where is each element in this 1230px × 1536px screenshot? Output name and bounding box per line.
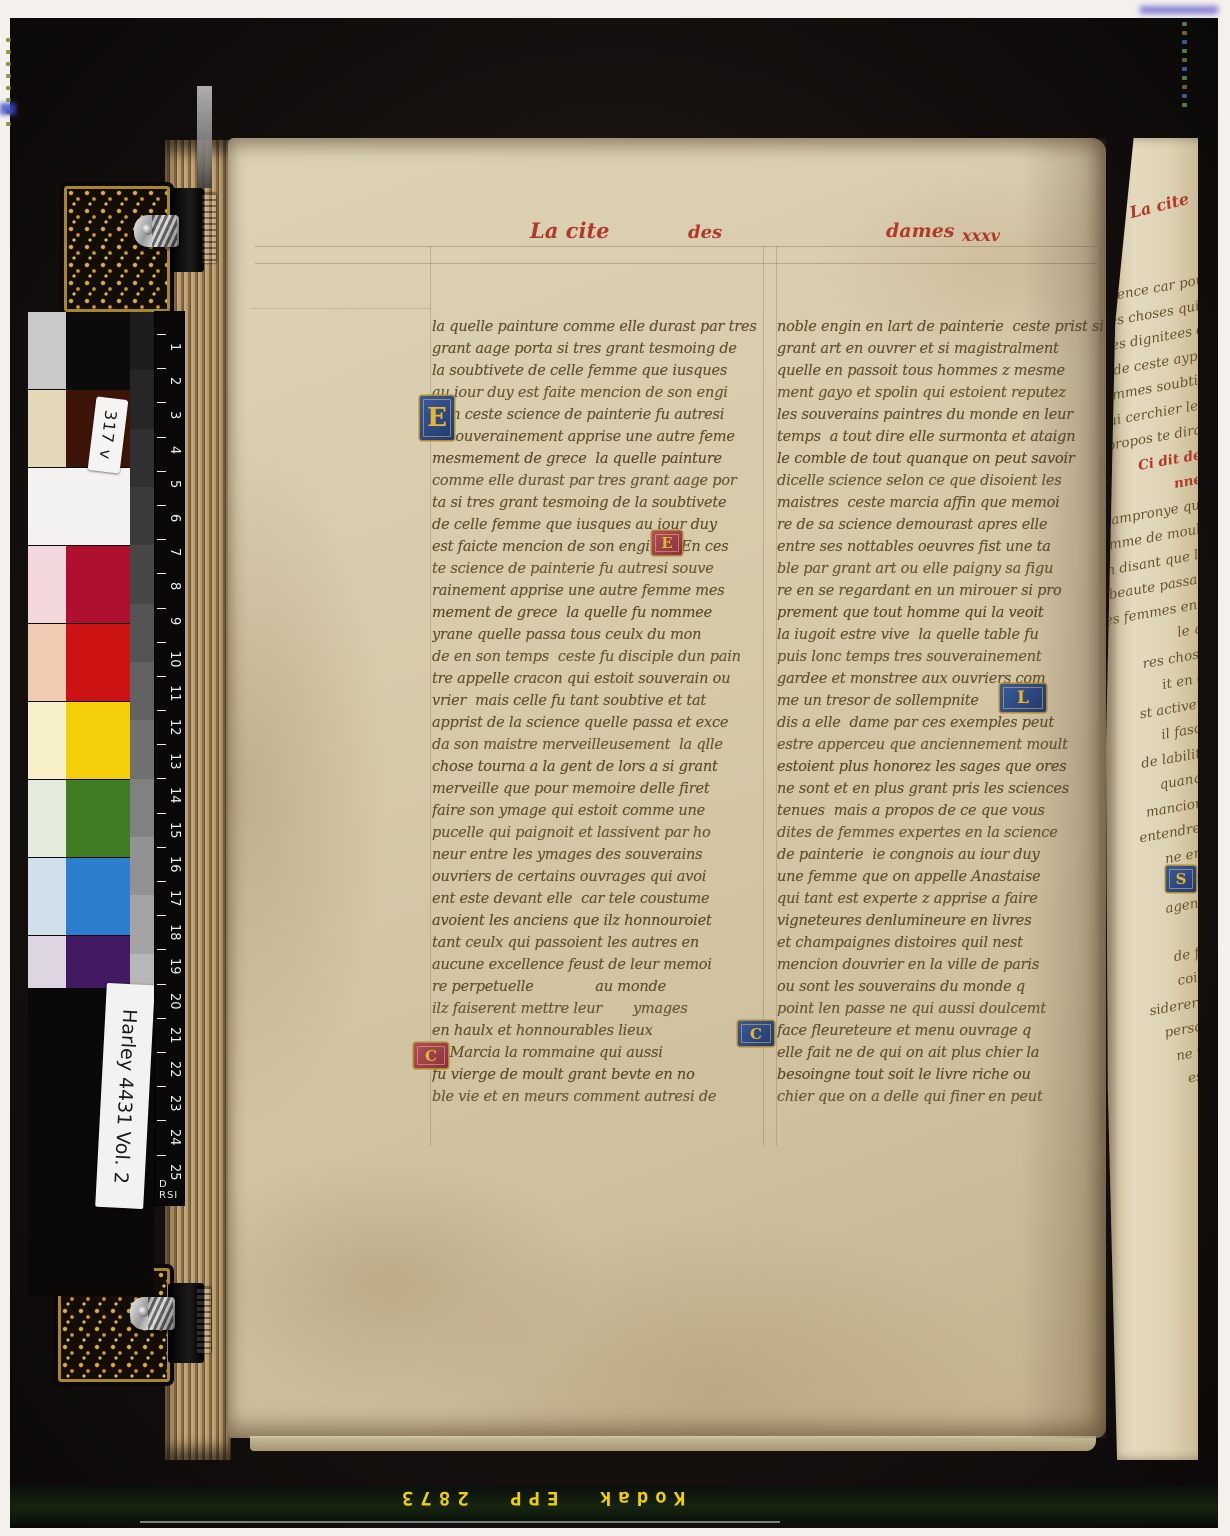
color-patch-row	[28, 468, 130, 546]
grayscale-step	[130, 545, 154, 603]
manuscript-line: te science de painterie fu autresi souve	[432, 558, 764, 580]
manuscript-line: ilz faiserent mettre leur ymages	[432, 998, 764, 1020]
grayscale-step	[130, 487, 154, 545]
ruler-mark: 4	[155, 437, 184, 471]
gutter-shadow	[1020, 138, 1106, 1438]
manuscript-line: yrane quelle passa tous ceulx du mon	[432, 624, 764, 646]
manuscript-line: da son maistre merveilleusement la qlle	[432, 734, 764, 756]
color-patch-row	[28, 858, 130, 936]
ruler-mark: 11	[155, 676, 184, 710]
manuscript-line: apprist de la science quelle passa et ex…	[432, 712, 764, 734]
manuscript-line: en haulx et honnourables lieux	[432, 1020, 764, 1042]
manuscript-line: de celle femme que iusques au iour duy	[432, 514, 764, 536]
ruler-mark: 1	[155, 334, 184, 368]
running-header-dames: dames	[886, 220, 955, 242]
color-patch	[28, 390, 66, 467]
color-patch	[66, 702, 130, 779]
manuscript-line: la quelle painture comme elle durast par…	[432, 316, 764, 338]
manuscript-line: tre appelle cracon qui estoit souverain …	[432, 668, 764, 690]
manuscript-line: ouvriers de certains ouvrages qui avoi	[432, 866, 764, 888]
film-scratch-purple	[1140, 6, 1218, 14]
manuscript-line: de en son temps ceste fu disciple dun pa…	[432, 646, 764, 668]
ruler-mark: 5	[155, 471, 184, 505]
grayscale-step	[130, 837, 154, 895]
grayscale-step	[130, 662, 154, 720]
binder-clip-bottom	[130, 1297, 175, 1330]
manuscript-line: pucelle qui paignoit et lassivent par ho	[432, 822, 764, 844]
ruler-mark: 20	[155, 984, 184, 1018]
illuminated-initial-right-page: S	[1166, 866, 1196, 892]
manuscript-line: tant ceulx qui passoient les autres en	[432, 932, 764, 954]
illuminated-initial-large: E	[420, 396, 454, 440]
binder-clip-top	[134, 215, 179, 247]
color-patch	[28, 468, 130, 545]
film-frame-line	[140, 1521, 780, 1523]
manuscript-line: fu vierge de moult grant bevte en no	[432, 1064, 764, 1086]
ruler-mark: 19	[155, 949, 184, 983]
manuscript-line: la soubtivete de celle femme que iusques	[432, 360, 764, 382]
color-patch	[28, 780, 66, 857]
ruler-mark: 24	[155, 1120, 184, 1154]
manuscript-line: aucune excellence feust de leur memoi	[432, 954, 764, 976]
right-page-running-header: La cite	[1128, 189, 1191, 222]
ruler-mark: 10	[155, 642, 184, 676]
manuscript-line: ble vie et en meurs comment autresi de	[432, 1086, 764, 1108]
ruler-mark: 12	[155, 710, 184, 744]
grayscale-step	[130, 370, 154, 428]
ruler-mark: 9	[155, 608, 184, 642]
running-header-title: La cite	[530, 218, 610, 243]
ruler-mark: 22	[155, 1052, 184, 1086]
ruler-mark: 14	[155, 778, 184, 812]
kodak-film-caption: Kodak EPP 2873	[300, 1487, 780, 1509]
grayscale-step	[130, 895, 154, 953]
ruler-footer: D RSI	[159, 1179, 184, 1201]
right-page-lines: ipu experience car poumait maintes chose…	[1106, 268, 1198, 1197]
manuscript-line: ta si tres grant tesmoing de la soubtive…	[432, 492, 764, 514]
margin-ruling-line	[250, 308, 430, 309]
manuscript-line: rainement apprise une autre femme mes	[432, 580, 764, 602]
manuscript-line: chose tourna a la gent de lors a si gran…	[432, 756, 764, 778]
manuscript-line: re perpetuelle au monde	[432, 976, 764, 998]
film-scratch-blue	[0, 103, 16, 115]
color-patch-row	[28, 312, 130, 390]
grayscale-strip	[130, 312, 154, 1012]
color-patch	[66, 780, 130, 857]
manuscript-line: neur entre les ymages des souverains	[432, 844, 764, 866]
underlying-page-edge	[250, 1436, 1096, 1451]
ruler-mark: 3	[155, 402, 184, 436]
ruler-mark: 23	[155, 1086, 184, 1120]
manuscript-line: est faicte mencion de son engin En ces	[432, 536, 764, 558]
ruler-mark: 7	[155, 539, 184, 573]
illuminated-initial-inline: E	[652, 531, 682, 555]
film-edge-marks-right	[1182, 22, 1187, 107]
grayscale-step	[130, 312, 154, 370]
color-patch	[66, 624, 130, 701]
color-patch	[66, 312, 130, 389]
ruler-mark: 21	[155, 1018, 184, 1052]
header-ruling-line	[255, 263, 1097, 264]
ruler-mark: 8	[155, 573, 184, 607]
text-column-1: la quelle painture comme elle durast par…	[432, 316, 764, 1108]
ruler-mark: 16	[155, 847, 184, 881]
manuscript-line: ent este devant elle car tele coustume	[432, 888, 764, 910]
color-patch	[66, 858, 130, 935]
column-ruling-line	[430, 246, 431, 1146]
manuscript-line: si souverainement apprise une autre feme	[432, 426, 764, 448]
ruler-mark: 13	[155, 744, 184, 778]
paraph-mark-blue: C	[738, 1021, 774, 1046]
ruler-mark: 15	[155, 813, 184, 847]
manuscript-line: mement de grece la quelle fu nommee	[432, 602, 764, 624]
photograph-frame: 317 v Harley 4431 Vol. 2 123456789101112…	[0, 0, 1230, 1536]
color-patch-row	[28, 624, 130, 702]
color-patch-row	[28, 702, 130, 780]
color-patch-row	[28, 780, 130, 858]
color-patch	[28, 624, 66, 701]
shelfmark-label-text: Harley 4431 Vol. 2	[109, 1008, 140, 1184]
film-notch	[197, 86, 212, 188]
color-patch	[28, 546, 66, 623]
running-header-folio-number: xxxv	[962, 226, 1000, 245]
manuscript-line: Marcia la rommaine qui aussi	[432, 1042, 764, 1064]
manuscript-line: vrier mais celle fu tant soubtive et tat	[432, 690, 764, 712]
manuscript-line: En ceste science de painterie fu autresi	[432, 404, 764, 426]
ruler-mark: 18	[155, 915, 184, 949]
gilt-binding-corner-top	[64, 186, 170, 312]
color-patch	[28, 858, 66, 935]
grayscale-step	[130, 779, 154, 837]
manuscript-line: grant aage porta si tres grant tesmoing …	[432, 338, 764, 360]
color-patch	[28, 312, 66, 389]
paraph-mark-red: C	[414, 1043, 448, 1068]
manuscript-line: comme elle durast par tres grant aage po…	[432, 470, 764, 492]
manuscript-line: avoient les anciens que ilz honnouroiet	[432, 910, 764, 932]
right-page-edge: La cite ipu experience car poumait maint…	[1106, 138, 1198, 1460]
ruler-mark: 2	[155, 368, 184, 402]
manuscript-line: mesmement de grece la quelle painture	[432, 448, 764, 470]
binder-ferrule-top	[202, 193, 216, 263]
color-patch	[66, 546, 130, 623]
ruler: 1234567891011121314151617181920212223242…	[155, 312, 184, 1205]
ruler-mark: 17	[155, 881, 184, 915]
manuscript-line: merveille que pour memoire delle firet	[432, 778, 764, 800]
grayscale-step	[130, 720, 154, 778]
header-ruling-line	[255, 246, 1097, 247]
running-header-des: des	[688, 222, 722, 243]
folio-label-text: 317 v	[96, 409, 121, 461]
binder-ferrule-bottom	[197, 1287, 211, 1353]
color-patch	[28, 702, 66, 779]
grayscale-step	[130, 604, 154, 662]
color-patch-row	[28, 546, 130, 624]
grayscale-step	[130, 429, 154, 487]
manuscript-line: faire son ymage qui estoit comme une	[432, 800, 764, 822]
manuscript-line: au iour duy est faite mencion de son eng…	[432, 382, 764, 404]
ruler-scale: 1234567891011121314151617181920212223242…	[155, 334, 184, 1189]
ruler-mark: 6	[155, 505, 184, 539]
